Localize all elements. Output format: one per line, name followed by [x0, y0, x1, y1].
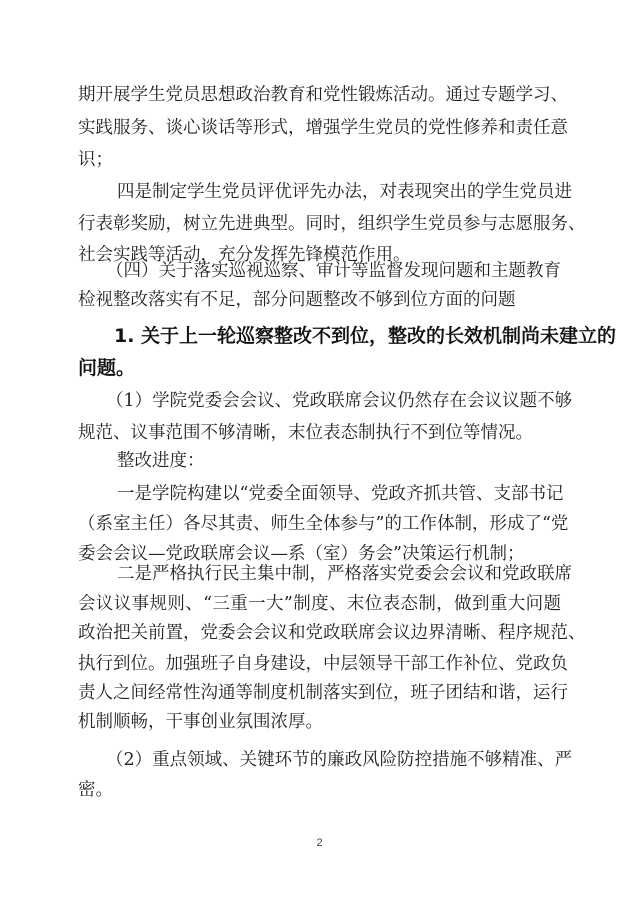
- item-2-start: （2）重点领域、关键环节的廉政风险防控措施不够精准、严: [106, 746, 561, 774]
- document-page: 期开展学生党员思想政治教育和党性锻炼活动。通过专题学习、 实践服务、谈心谈话等形…: [0, 0, 639, 905]
- progress-two-line-5: 责人之间经常性沟通等制度机制落实到位，班子团结和谐，运行: [78, 679, 561, 707]
- progress-label: 整改进度：: [117, 447, 561, 475]
- text-line-2: 实践服务、谈心谈话等形式，增强学生党员的党性修养和责任意: [78, 114, 561, 142]
- text-line-5: 行表彰奖励，树立先进典型。同时，组织学生党员参与志愿服务、: [78, 210, 561, 238]
- progress-two-start: 二是严格执行民主集中制，严格落实党委会会议和党政联席: [117, 560, 561, 588]
- page-number: 2: [0, 837, 639, 849]
- item-1-cont: 规范、议事范围不够清晰，末位表态制执行不到位等情况。: [78, 419, 561, 447]
- section-heading-four: （四）关于落实巡视巡察、审计等监督发现问题和主题教育: [106, 257, 561, 285]
- progress-two-line-6: 机制顺畅，干事创业氛围浓厚。: [78, 708, 561, 736]
- subsection-heading-1: 1. 关于上一轮巡察整改不到位，整改的长效机制尚未建立的: [114, 322, 561, 350]
- text-line-3: 识；: [78, 146, 561, 174]
- paragraph-four-start: 四是制定学生党员评优评先办法，对表现突出的学生党员进: [117, 178, 561, 206]
- subsection-heading-1-cont: 问题。: [78, 354, 561, 382]
- progress-two-line-2: 会议议事规则、“三重一大”制度、末位表态制，做到重大问题: [78, 590, 561, 618]
- progress-one-line-2: （系室主任）各尽其责、师生全体参与”的工作体制，形成了“党: [78, 510, 561, 538]
- section-heading-four-cont: 检视整改落实有不足，部分问题整改不够到位方面的问题: [78, 286, 561, 314]
- item-1-start: （1）学院党委会会议、党政联席会议仍然存在会议议题不够: [106, 387, 561, 415]
- progress-two-line-3: 政治把关前置，党委会会议和党政联席会议边界清晰、程序规范、: [78, 619, 561, 647]
- text-line-1: 期开展学生党员思想政治教育和党性锻炼活动。通过专题学习、: [78, 81, 561, 109]
- item-2-cont: 密。: [78, 776, 561, 804]
- progress-one-start: 一是学院构建以“党委全面领导、党政齐抓共管、支部书记: [117, 480, 561, 508]
- progress-two-line-4: 执行到位。加强班子自身建设，中层领导干部工作补位、党政负: [78, 650, 561, 678]
